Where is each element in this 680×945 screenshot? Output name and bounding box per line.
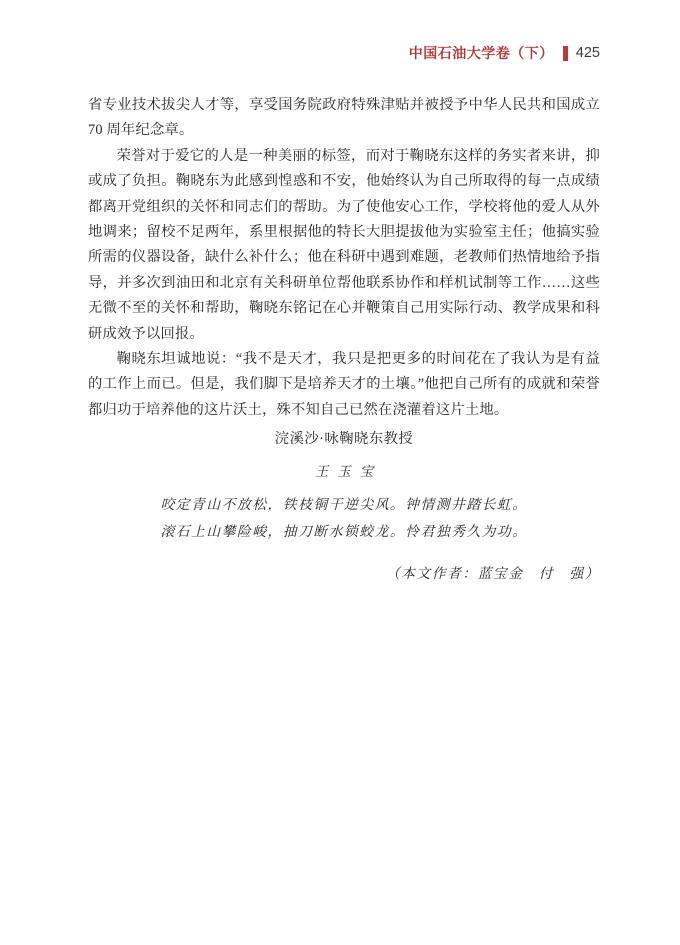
volume-title: 中国石油大学卷（下） [409, 43, 554, 63]
page-body: 省专业技术拔尖人才等，享受国务院政府特殊津贴并被授予中华人民共和国成立 70 周… [88, 93, 600, 586]
page-number: 425 [576, 45, 600, 61]
poem-line: 滚石上山攀险峻，抽刀断水锁蛟龙。怜君独秀久为功。 [88, 518, 600, 545]
poem-verses: 咬定青山不放松，铁枝铜干逆尖风。钟情测井踏长虹。 滚石上山攀险峻，抽刀断水锁蛟龙… [88, 491, 600, 545]
article-attribution: （本文作者：蓝宝金 付 强） [88, 561, 600, 586]
poem-author: 王玉宝 [88, 459, 600, 484]
document-page: 中国石油大学卷（下） 425 省专业技术拔尖人才等，享受国务院政府特殊津贴并被授… [0, 0, 680, 945]
paragraph-quote: 鞠晓东坦诚地说：“我不是天才，我只是把更多的时间花在了我认为是有益的工作上而已。… [88, 347, 600, 423]
running-head: 中国石油大学卷（下） 425 [88, 44, 600, 62]
poem-title: 浣溪沙·咏鞠晓东教授 [88, 427, 600, 452]
header-divider-bar [563, 46, 568, 61]
paragraph-continuation: 省专业技术拔尖人才等，享受国务院政府特殊津贴并被授予中华人民共和国成立 70 周… [88, 93, 600, 144]
poem-line: 咬定青山不放松，铁枝铜干逆尖风。钟情测井踏长虹。 [88, 491, 600, 518]
paragraph-honor: 荣誉对于爱它的人是一种美丽的标签，而对于鞠晓东这样的务实者来讲，抑或成了负担。鞠… [88, 144, 600, 347]
poem-section: 浣溪沙·咏鞠晓东教授 王玉宝 咬定青山不放松，铁枝铜干逆尖风。钟情测井踏长虹。 … [88, 427, 600, 545]
